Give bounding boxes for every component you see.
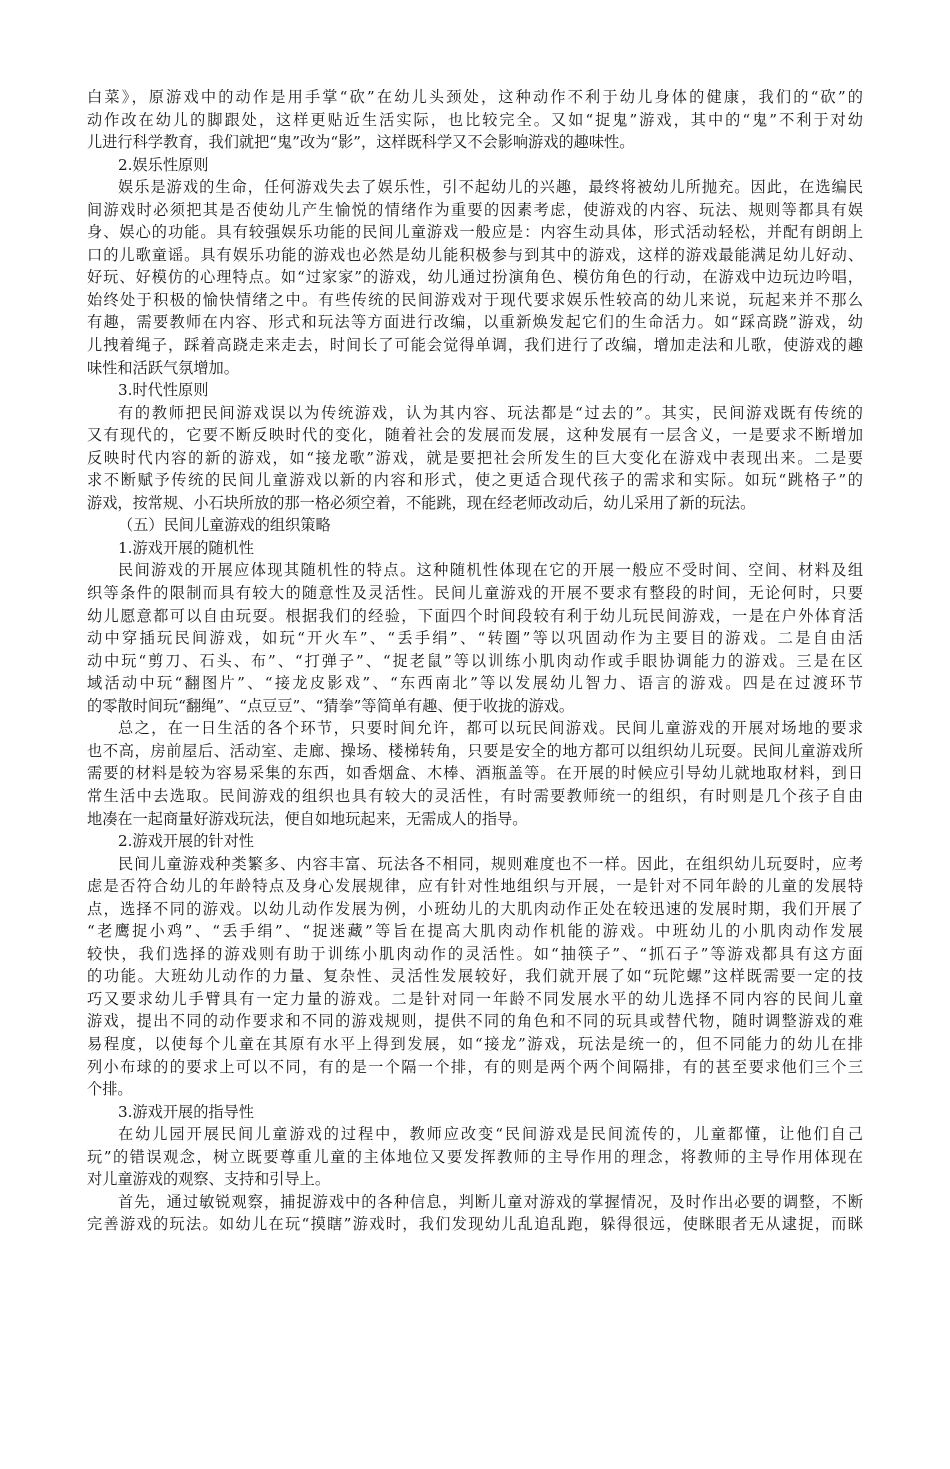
paragraph-line: 白菜》，原游戏中的动作是用手掌“砍”在幼儿头颈处，这种动作不利于幼儿身体的健康，… [87,86,863,109]
paragraph: 有的教师把民间游戏误以为传统游戏，认为其内容、玩法都是“过去的”。其实，民间游戏… [87,402,863,515]
paragraph: 总之，在一日生活的各个环节，只要时间允许，都可以玩民间游戏。民间儿童游戏的开展对… [87,717,863,830]
paragraph-line: 地凑在一起商量好游戏玩法，便自如地玩起来，无需成人的指导。 [87,808,863,831]
paragraph-line: 玩”的错误观念，树立既要尊重儿童的主体地位又要发挥教师的主导作用的理念，将教师的… [87,1146,863,1169]
paragraph-line: 总之，在一日生活的各个环节，只要时间允许，都可以玩民间游戏。民间儿童游戏的开展对… [87,717,863,740]
paragraph-line: 较快，我们选择的游戏则有助于训练小肌肉动作的灵活性。如“抽筷子”、“抓石子”等游… [87,943,863,966]
paragraph-line: 味性和活跃气氛增加。 [87,357,863,380]
paragraph-line: 游戏，按常规、小石块所放的那一格必须空着，不能跳，现在经老师改动后，幼儿采用了新… [87,492,863,515]
paragraph-line: 的零散时间玩“翻绳”、“点豆豆”、“猜拳”等简单有趣、便于收拢的游戏。 [87,695,863,718]
paragraph-line: 又有现代的，它要不断反映时代的变化，随着社会的发展而发展，这种发展有一层含义，一… [87,424,863,447]
paragraph-line: 巧又要求幼儿手臂具有一定力量的游戏。二是针对同一年龄不同发展水平的幼儿选择不同内… [87,988,863,1011]
paragraph-line: 织等条件的限制而具有较大的随意性及灵活性。民间儿童游戏的开展不要求有整段的时间，… [87,582,863,605]
subsection-heading: 3.时代性原则 [87,379,863,402]
heading-text: 2.娱乐性原则 [87,154,863,177]
paragraph-line: 口的儿歌童谣。具有娱乐功能的游戏也必然是幼儿能积极参与到其中的游戏，这样的游戏最… [87,244,863,267]
paragraph-line: 动作改在幼儿的脚跟处，这样更贴近生活实际，也比较完全。又如“捉鬼”游戏，其中的“… [87,109,863,132]
section-heading: （五）民间儿童游戏的组织策略 [87,514,863,537]
paragraph-line: 点，选择不同的游戏。以幼儿动作发展为例，小班幼儿的大肌肉动作正处在较迅速的发展时… [87,898,863,921]
paragraph-line: 动中穿插玩民间游戏，如玩“开火车”、“丢手绢”、“转圈”等以巩固动作为主要目的游… [87,627,863,650]
paragraph-line: 常生活中去选取。民间游戏的组织也具有较大的灵活性，有时需要教师统一的组织，有时则… [87,785,863,808]
paragraph-line: 有趣，需要教师在内容、形式和玩法等方面进行改编，以重新焕发起它们的生命活力。如“… [87,311,863,334]
paragraph-line: 始终处于积极的愉快情绪之中。有些传统的民间游戏对于现代要求娱乐性较高的幼儿来说，… [87,289,863,312]
paragraph: 白菜》，原游戏中的动作是用手掌“砍”在幼儿头颈处，这种动作不利于幼儿身体的健康，… [87,86,863,154]
paragraph-line: 幼儿愿意都可以自由玩耍。根据我们的经验，下面四个时间段较有利于幼儿玩民间游戏，一… [87,605,863,628]
paragraph-line: 民间儿童游戏种类繁多、内容丰富、玩法各不相同，规则难度也不一样。因此，在组织幼儿… [87,853,863,876]
paragraph-line: 游戏，提出不同的动作要求和不同的游戏规则，提供不同的角色和不同的玩具或替代物，随… [87,1010,863,1033]
heading-text: 1.游戏开展的随机性 [87,537,863,560]
paragraph-line: 好玩、好模仿的心理特点。如“过家家”的游戏，幼儿通过扮演角色、模仿角色的行动，在… [87,266,863,289]
document-page: 白菜》，原游戏中的动作是用手掌“砍”在幼儿头颈处，这种动作不利于幼儿身体的健康，… [87,86,863,1236]
paragraph-line: 个排。 [87,1078,863,1101]
paragraph-line: 列小布球的的要求上可以不同，有的是一个隔一个排，有的则是两个两个间隔排，有的甚至… [87,1056,863,1079]
heading-text: 2.游戏开展的针对性 [87,830,863,853]
paragraph-line: 虑是否符合幼儿的年龄特点及身心发展规律，应有针对性地组织与开展，一是针对不同年龄… [87,875,863,898]
paragraph-line: “老鹰捉小鸡”、“丢手绢”、“捉迷藏”等旨在提高大肌肉动作机能的游戏。中班幼儿的… [87,920,863,943]
paragraph: 民间游戏的开展应体现其随机性的特点。这种随机性体现在它的开展一般应不受时间、空间… [87,559,863,717]
paragraph-line: 需要的材料是较为容易采集的东西，如香烟盒、木棒、酒瓶盖等。在开展的时候应引导幼儿… [87,762,863,785]
subsection-heading: 2.娱乐性原则 [87,154,863,177]
paragraph: 娱乐是游戏的生命，任何游戏失去了娱乐性，引不起幼儿的兴趣，最终将被幼儿所抛充。因… [87,176,863,379]
paragraph-line: 首先，通过敏锐观察，捕捉游戏中的各种信息，判断儿童对游戏的掌握情况，及时作出必要… [87,1191,863,1214]
heading-text: 3.游戏开展的指导性 [87,1101,863,1124]
paragraph-line: 身、娱心的功能。具有较强娱乐功能的民间儿童游戏一般应是：内容生动具体，形式活动轻… [87,221,863,244]
paragraph-line: 动中玩“剪刀、石头、布”、“打弹子”、“捉老鼠”等以训练小肌肉动作或手眼协调能力… [87,650,863,673]
paragraph-line: 的功能。大班幼儿动作的力量、复杂性、灵活性发展较好，我们就开展了如“玩陀螺”这样… [87,965,863,988]
heading-text: 3.时代性原则 [87,379,863,402]
paragraph-line: 娱乐是游戏的生命，任何游戏失去了娱乐性，引不起幼儿的兴趣，最终将被幼儿所抛充。因… [87,176,863,199]
paragraph-line: 在幼儿园开展民间儿童游戏的过程中，教师应改变“民间游戏是民间流传的，儿童都懂，让… [87,1123,863,1146]
paragraph-line: 易程度，以使每个儿童在其原有水平上得到发展，如“接龙”游戏，玩法是统一的，但不同… [87,1033,863,1056]
paragraph-line: 求不断赋予传统的民间儿童游戏以新的内容和形式，使之更适合现代孩子的需求和实际。如… [87,469,863,492]
paragraph-line: 反映时代内容的新的游戏，如“接龙歌”游戏，就是要把社会所发生的巨大变化在游戏中表… [87,447,863,470]
paragraph-line: 对儿童游戏的观察、支持和引导上。 [87,1168,863,1191]
paragraph-line: 间游戏时必须把其是否使幼儿产生愉悦的情绪作为重要的因素考虑，使游戏的内容、玩法、… [87,199,863,222]
subsection-heading: 2.游戏开展的针对性 [87,830,863,853]
paragraph-line: 有的教师把民间游戏误以为传统游戏，认为其内容、玩法都是“过去的”。其实，民间游戏… [87,402,863,425]
paragraph: 在幼儿园开展民间儿童游戏的过程中，教师应改变“民间游戏是民间流传的，儿童都懂，让… [87,1123,863,1191]
paragraph-line: 民间游戏的开展应体现其随机性的特点。这种随机性体现在它的开展一般应不受时间、空间… [87,559,863,582]
subsection-heading: 1.游戏开展的随机性 [87,537,863,560]
paragraph: 首先，通过敏锐观察，捕捉游戏中的各种信息，判断儿童对游戏的掌握情况，及时作出必要… [87,1191,863,1236]
paragraph-line: 域活动中玩“翻图片”、“接龙皮影戏”、“东西南北”等以发展幼儿智力、语言的游戏。… [87,672,863,695]
subsection-heading: 3.游戏开展的指导性 [87,1101,863,1124]
paragraph: 民间儿童游戏种类繁多、内容丰富、玩法各不相同，规则难度也不一样。因此，在组织幼儿… [87,853,863,1101]
paragraph-line: 完善游戏的玩法。如幼儿在玩“摸瞎”游戏时，我们发现幼儿乱追乱跑，躲得很远，使眯眼… [87,1213,863,1236]
paragraph-line: 也不高，房前屋后、活动室、走廊、操场、楼梯转角，只要是安全的地方都可以组织幼儿玩… [87,740,863,763]
paragraph-line: 儿拽着绳子，踩着高跷走来走去，时间长了可能会觉得单调，我们进行了改编，增加走法和… [87,334,863,357]
heading-text: （五）民间儿童游戏的组织策略 [87,514,863,537]
paragraph-line: 儿进行科学教育，我们就把“鬼”改为“影”，这样既科学又不会影响游戏的趣味性。 [87,131,863,154]
